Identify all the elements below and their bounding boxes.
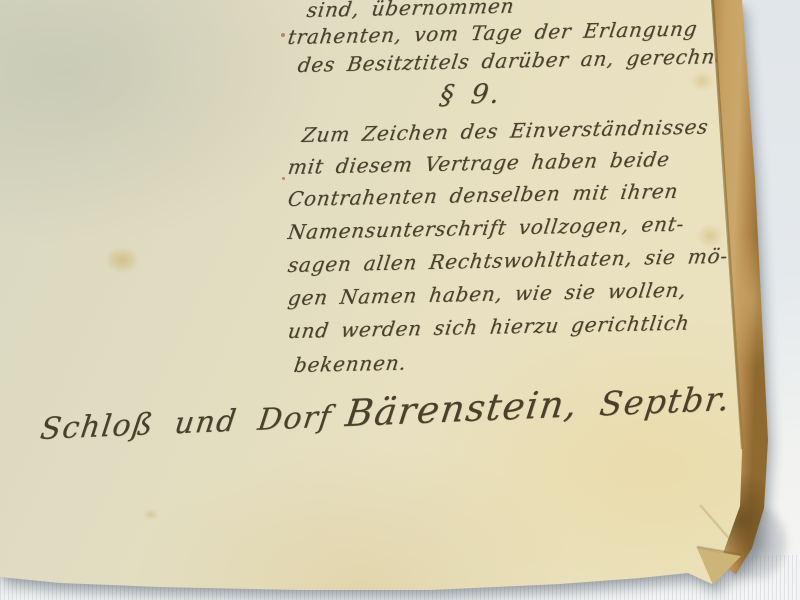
manuscript-line: und werden sich hierzu gerichtlich — [286, 307, 692, 346]
dateline-place: Bärenstein, — [343, 382, 581, 435]
paper-stack: sind, übernommen trahenten, vom Tage der… — [0, 0, 800, 600]
dateline-date: Septbr. 1878. — [597, 374, 800, 424]
ink-speck — [282, 177, 285, 180]
paper-stain — [686, 68, 718, 94]
manuscript-sheet: sind, übernommen trahenten, vom Tage der… — [0, 0, 800, 600]
dateline: Schloß und DorfBärenstein,Septbr. 1878. — [38, 371, 800, 448]
manuscript-line: Contrahenten denselben mit ihren — [286, 176, 680, 214]
manuscript-line: Namensunterschrift vollzogen, ent- — [286, 209, 686, 247]
dateline-place-prefix: Schloß und Dorf — [38, 400, 334, 447]
section-heading: § 9. — [438, 79, 503, 111]
ink-speck — [281, 33, 285, 37]
paper-stain — [140, 507, 162, 522]
paper-stain — [100, 243, 144, 277]
manuscript-line: bekennen. — [292, 348, 409, 380]
manuscript-line: gen Namen haben, wie sie wollen, — [286, 275, 689, 313]
photograph-of-manuscript: sind, übernommen trahenten, vom Tage der… — [0, 0, 800, 600]
